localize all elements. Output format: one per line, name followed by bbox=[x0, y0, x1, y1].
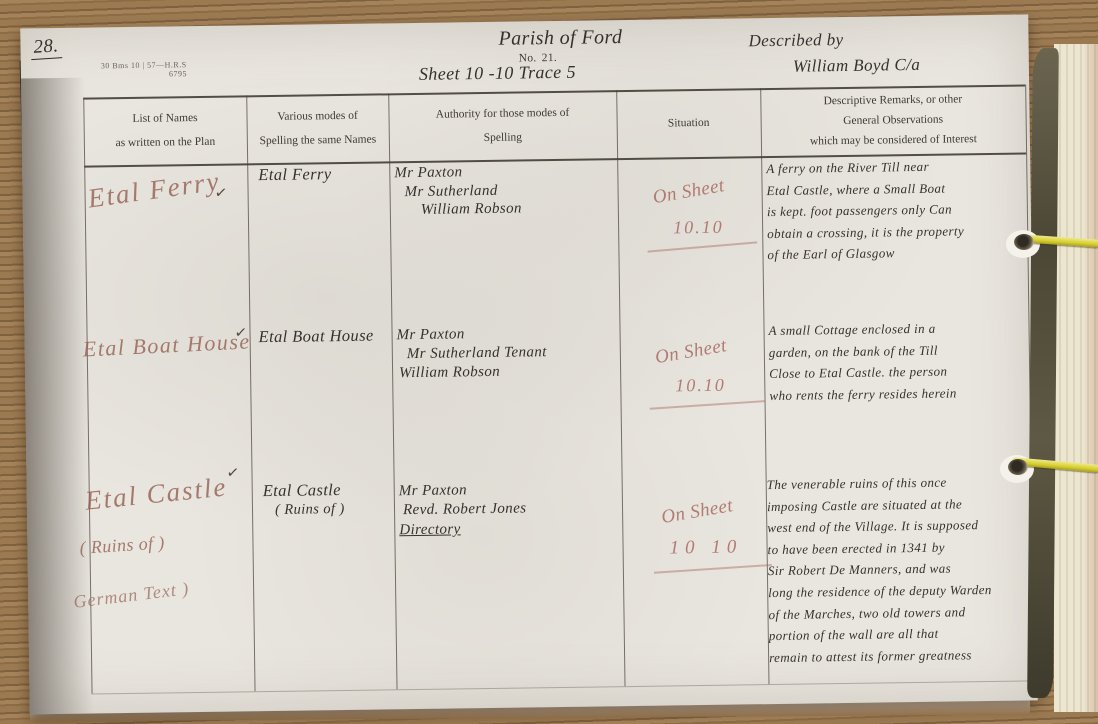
checkmark: ✓ bbox=[234, 323, 248, 343]
column-header-remarks-line2: General Observations bbox=[761, 112, 1026, 128]
authority-entry: William Robson bbox=[399, 364, 500, 382]
table-row: Etal Boat House ✓ Etal Boat House Mr Pax… bbox=[20, 14, 1028, 28]
binding-hole bbox=[1014, 234, 1034, 250]
photograph-of-name-book: { "colors":{"ink_black":"#35312c","ink_r… bbox=[0, 0, 1098, 724]
form-reference-line2: 6795 bbox=[169, 69, 187, 78]
table-bottom-line bbox=[92, 680, 1034, 694]
column-header-authority-line2: Spelling bbox=[389, 130, 617, 145]
authority-entry: Mr Paxton bbox=[399, 482, 467, 500]
header-form-number: No. 21. bbox=[519, 52, 557, 65]
authority-entry: Mr Sutherland Tenant bbox=[407, 344, 547, 363]
plan-name-entry-line2: ( Ruins of ) bbox=[79, 532, 166, 559]
table-col2-divider bbox=[388, 93, 397, 689]
situation-underline bbox=[647, 241, 757, 252]
situation-number-entry: 10.10 bbox=[675, 375, 726, 397]
table-row: Etal Castle ✓ ( Ruins of ) German Text )… bbox=[20, 14, 1028, 28]
plan-name-entry: Etal Boat House bbox=[82, 328, 251, 362]
situation-sheet-entry: On Sheet bbox=[660, 495, 735, 529]
authority-entry: Revd. Robert Jones bbox=[403, 500, 527, 519]
header-sheet-trace: Sheet 10 -10 Trace 5 bbox=[419, 62, 576, 85]
plan-name-entry: Etal Castle bbox=[84, 471, 229, 516]
authority-entry: Mr Paxton bbox=[394, 164, 462, 182]
column-header-remarks-line1: Descriptive Remarks, or other bbox=[760, 92, 1025, 108]
spelling-entry: Etal Castle bbox=[263, 480, 341, 501]
column-header-remarks-line3: which may be considered of Interest bbox=[761, 132, 1026, 148]
gutter-shadow bbox=[21, 78, 94, 715]
header-describer-name: William Boyd C/a bbox=[793, 55, 921, 77]
plan-name-entry: Etal Ferry bbox=[86, 166, 222, 215]
authority-entry: Mr Sutherland bbox=[404, 183, 497, 201]
spelling-entry: Etal Boat House bbox=[258, 326, 373, 348]
name-book-page: 28. 30 Bms 10 | 57—H.R.S 6795 Parish of … bbox=[20, 14, 1037, 714]
situation-number-entry: 10.10 bbox=[673, 217, 724, 239]
situation-number-entry: 10 10 bbox=[669, 536, 742, 559]
situation-sheet-entry: On Sheet bbox=[654, 335, 729, 369]
checkmark: ✓ bbox=[225, 463, 240, 483]
table-row: Etal Ferry ✓ Etal Ferry Mr Paxton Mr Sut… bbox=[20, 14, 1028, 28]
situation-underline bbox=[654, 564, 772, 574]
binding-hole bbox=[1008, 459, 1028, 475]
column-header-names-line2: as written on the Plan bbox=[84, 135, 247, 149]
authority-entry: Mr Paxton bbox=[396, 326, 464, 344]
situation-sheet-entry: On Sheet bbox=[651, 175, 726, 209]
column-header-spelling-line2: Spelling the same Names bbox=[247, 133, 389, 147]
remarks-entry: A ferry on the River Till near Etal Cast… bbox=[766, 155, 1021, 267]
authority-entry: William Robson bbox=[421, 200, 522, 218]
authority-entry: Directory bbox=[399, 521, 461, 539]
remarks-entry: The venerable ruins of this once imposin… bbox=[767, 471, 1024, 669]
header-parish: Parish of Ford bbox=[420, 25, 700, 52]
page-number: 28. bbox=[30, 35, 62, 60]
table-col1-divider bbox=[246, 95, 255, 691]
page-stack-fore-edge bbox=[1054, 44, 1098, 712]
column-header-spelling-line1: Various modes of bbox=[246, 109, 388, 123]
column-header-authority-line1: Authority for those modes of bbox=[388, 106, 616, 121]
spelling-entry: Etal Ferry bbox=[258, 164, 331, 185]
spelling-entry-line2: ( Ruins of ) bbox=[275, 501, 345, 519]
checkmark: ✓ bbox=[213, 183, 228, 203]
column-header-names-line1: List of Names bbox=[83, 111, 246, 125]
table-col3-divider bbox=[616, 90, 625, 686]
situation-underline bbox=[650, 400, 765, 410]
remarks-entry: A small Cottage enclosed in a garden, on… bbox=[768, 317, 1023, 407]
column-header-situation: Situation bbox=[617, 116, 761, 130]
header-described-by-label: Described by bbox=[748, 30, 843, 51]
